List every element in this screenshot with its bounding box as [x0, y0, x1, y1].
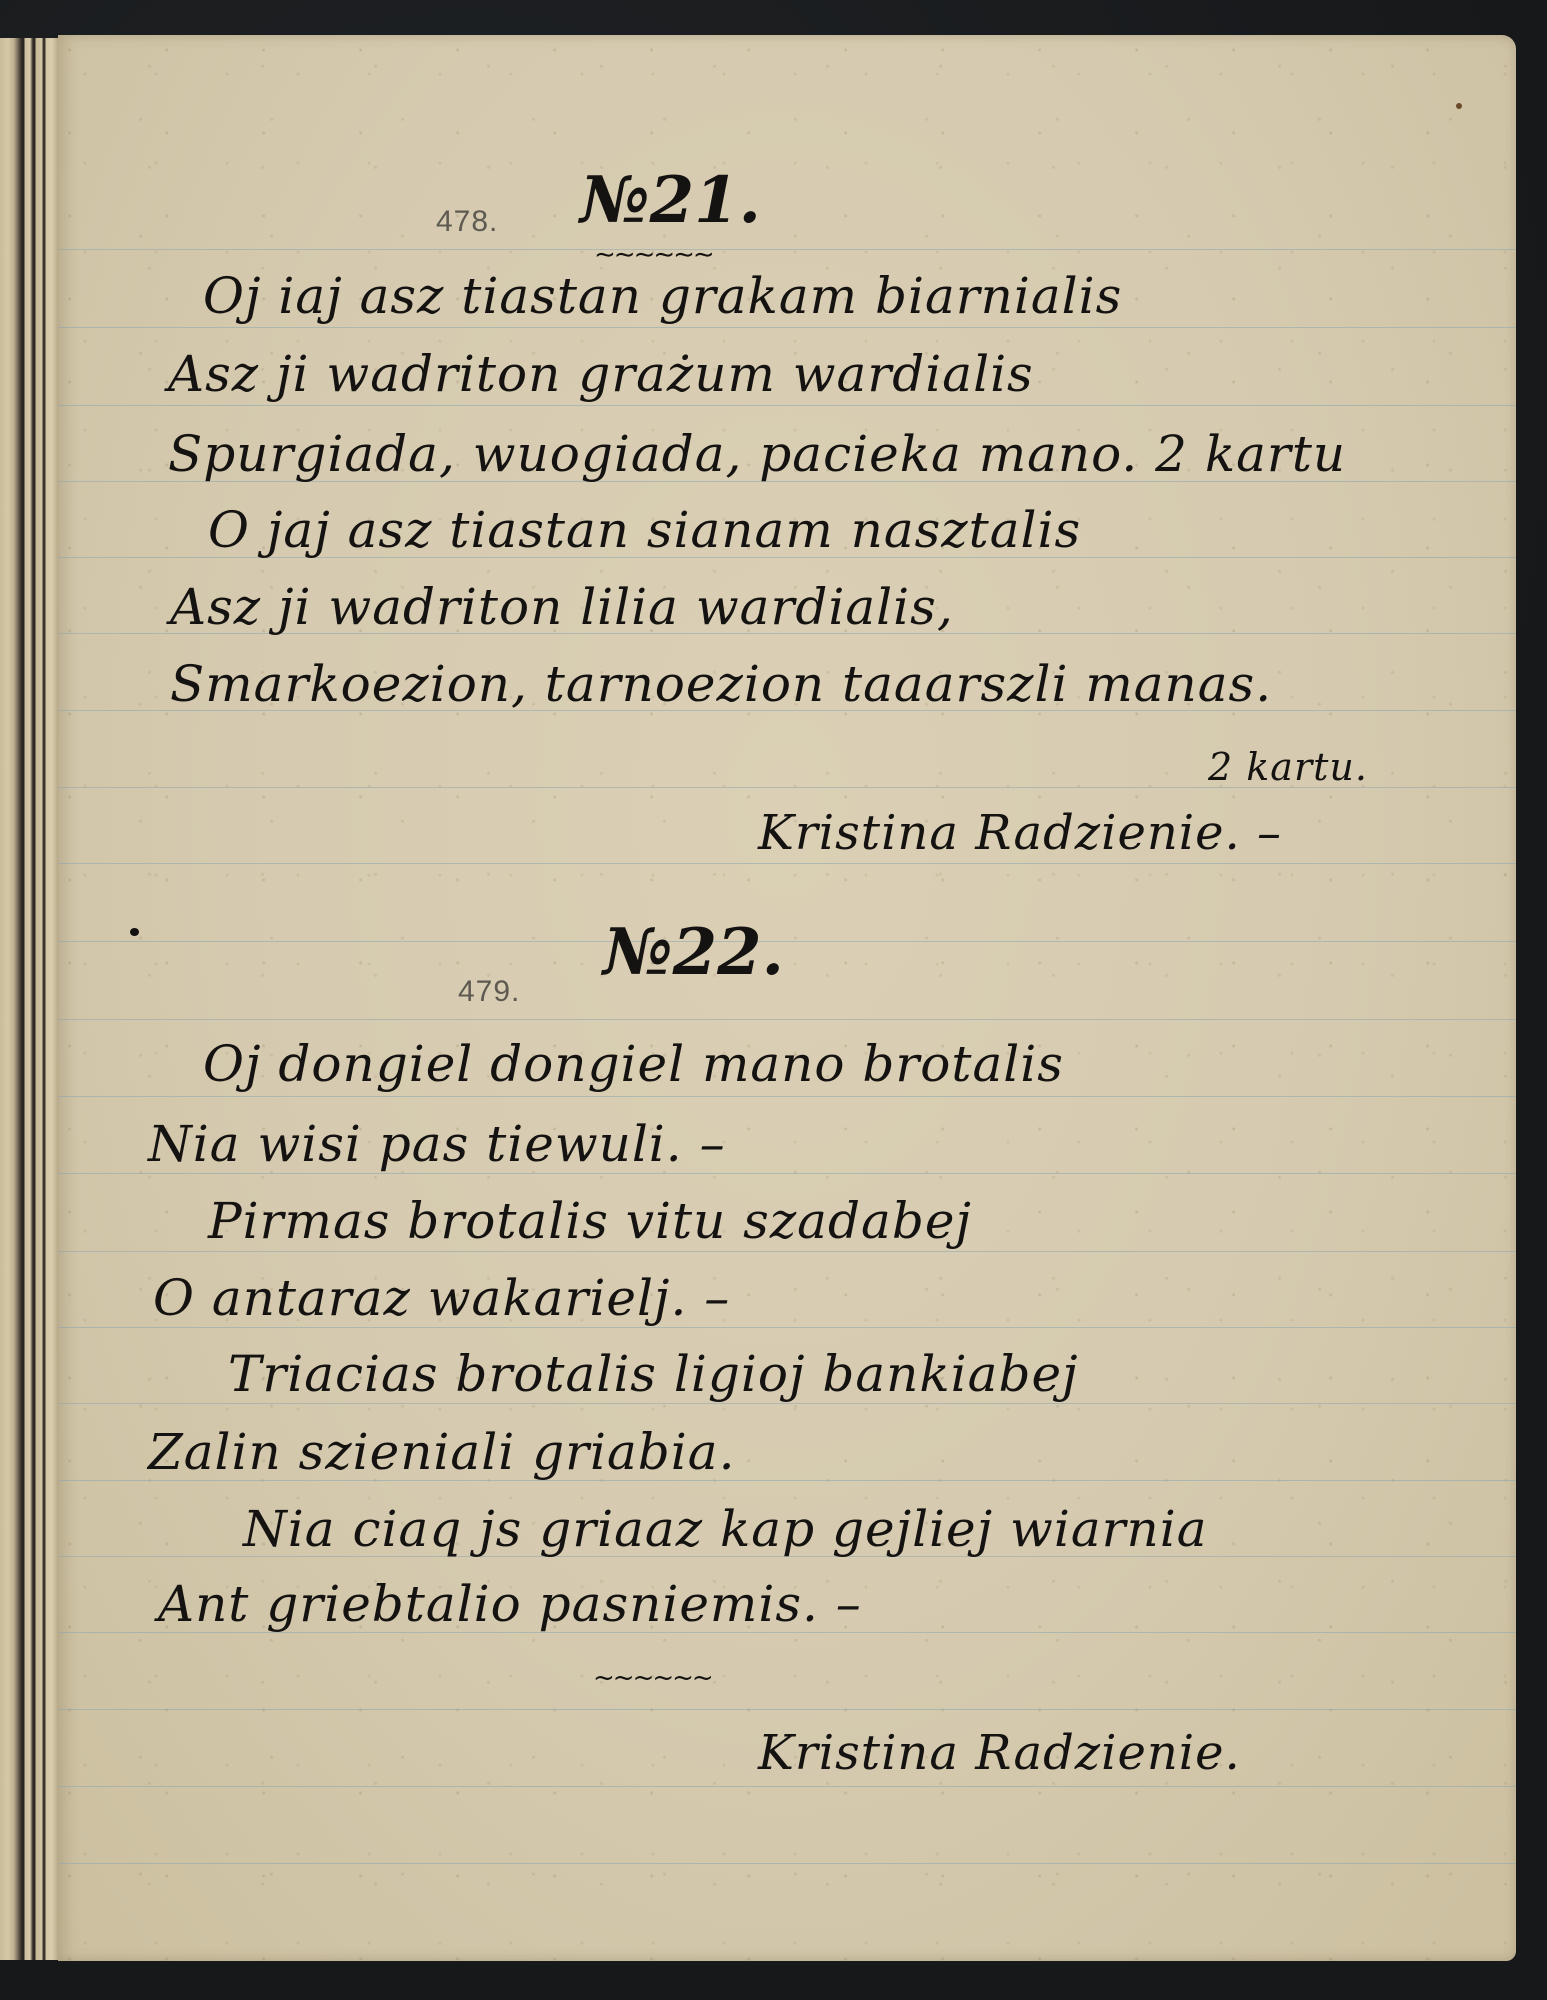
section-divider-squiggle: ~~~~~~ [593, 1663, 712, 1693]
archive-number: 479. [458, 975, 520, 1009]
verse-line: Nia ciaq js griaaz kap gejliej wiarnia [243, 1500, 1208, 1558]
verse-line: Zalin szieniali griabia. [148, 1423, 736, 1481]
verse-line: Asz ji wadriton lilia wardialis, [170, 578, 954, 636]
ruled-line [58, 1019, 1516, 1020]
ruled-line [58, 941, 1516, 942]
paper-blemish [1456, 103, 1462, 109]
ruled-line [58, 249, 1516, 250]
signature: Kristina Radzienie. – [758, 805, 1282, 861]
verse-line: Triacias brotalis ligioj bankiabej [228, 1345, 1079, 1403]
ruled-line [58, 1173, 1516, 1174]
ruled-line [58, 1096, 1516, 1097]
verse-line: O antaraz wakarielj. – [153, 1269, 730, 1327]
verse-line: Asz ji wadriton grażum wardialis [168, 345, 1034, 403]
verse-line: Spurgiada, wuogiada, pacieka mano. 2 kar… [168, 425, 1346, 483]
ruled-line [58, 1709, 1516, 1710]
ruled-line [58, 1863, 1516, 1864]
heading-underline-squiggle: ∼∼∼∼∼∼ [594, 240, 713, 270]
verse-line: Smarkoezion, tarnoezion taaarszli manas. [170, 655, 1272, 713]
song-heading: №21. [580, 163, 761, 238]
signature: Kristina Radzienie. [758, 1725, 1241, 1781]
ruled-line [58, 1403, 1516, 1404]
ink-dot [130, 928, 139, 936]
archive-number: 478. [436, 205, 498, 239]
ruled-line [58, 1327, 1516, 1328]
repeat-note: 2 kartu. [1208, 745, 1368, 789]
manuscript-page: 478. №21. ∼∼∼∼∼∼ Oj iaj asz tiastan grak… [58, 35, 1516, 1961]
verse-line: Nia wisi pas tiewuli. – [148, 1115, 726, 1173]
verse-line: Pirmas brotalis vitu szadabej [208, 1192, 972, 1250]
ruled-line [58, 1786, 1516, 1787]
notebook-binding [0, 38, 62, 1960]
ruled-line [58, 863, 1516, 864]
verse-line: Oj dongiel dongiel mano brotalis [203, 1035, 1064, 1093]
ruled-line [58, 327, 1516, 328]
song-heading: №22. [603, 915, 784, 990]
verse-line: O jaj asz tiastan sianam nasztalis [208, 501, 1081, 559]
verse-line: Ant griebtalio pasniemis. – [158, 1575, 862, 1633]
verse-line: Oj iaj asz tiastan grakam biarnialis [203, 267, 1122, 325]
ruled-line [58, 1251, 1516, 1252]
ruled-line [58, 405, 1516, 406]
